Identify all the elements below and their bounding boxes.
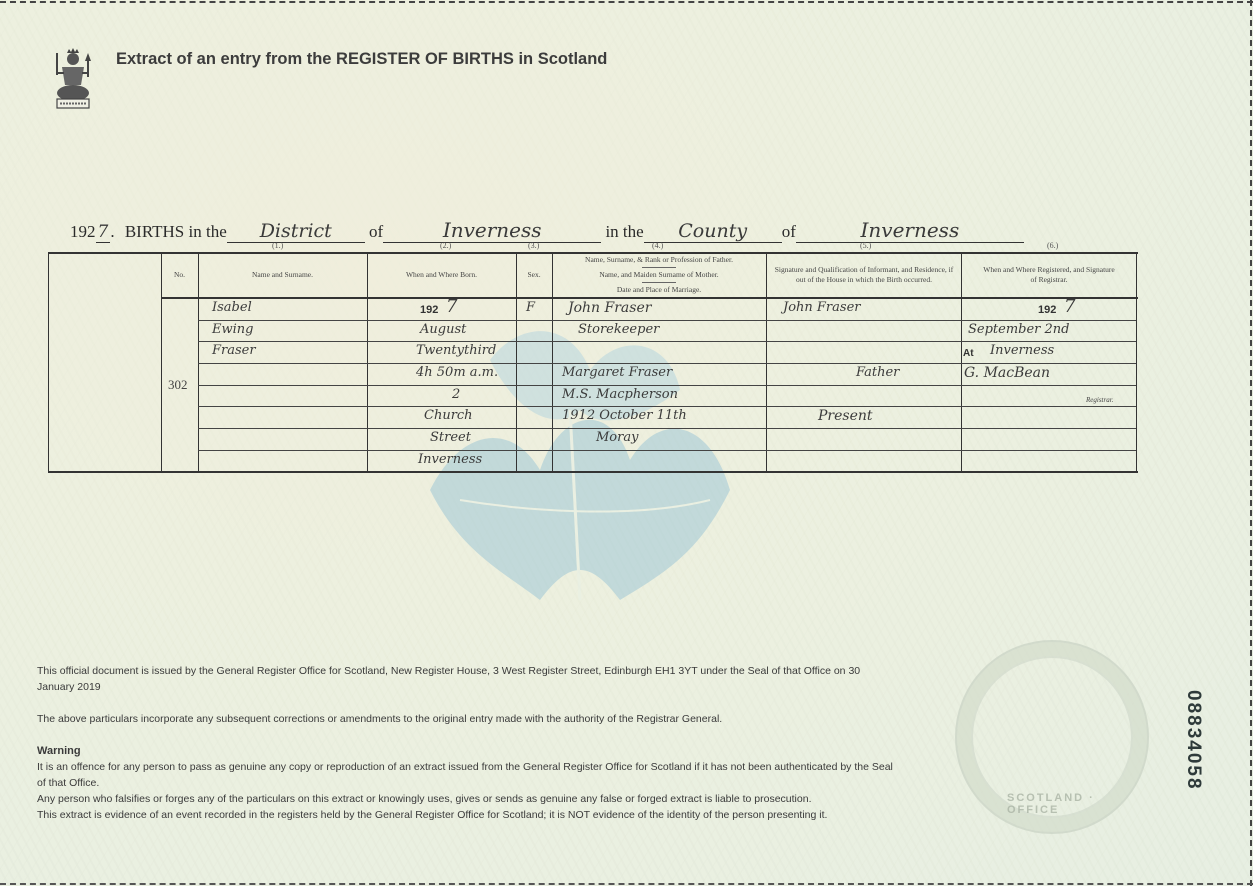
- informant-residence: Present: [818, 408, 873, 424]
- births-label: BIRTHS in the: [125, 222, 227, 241]
- informant-qualification: Father: [856, 365, 899, 380]
- births-heading: 1927. BIRTHS in theDistrict ofInverness …: [70, 218, 1024, 243]
- seal-text: SCOTLAND · OFFICE: [1007, 792, 1147, 816]
- marriage-date: 1912 October 11th: [562, 408, 687, 423]
- warning-identity: This extract is evidence of an event rec…: [37, 807, 957, 823]
- of-label-1: of: [369, 222, 383, 241]
- col-border-informant: [766, 252, 767, 472]
- registered-year-prefix: 192: [1038, 304, 1056, 316]
- marriage-place: Moray: [596, 430, 638, 445]
- column-number-1: (1.): [272, 241, 283, 250]
- royal-crest-icon: [52, 45, 94, 111]
- column-number-4: (4.): [652, 241, 663, 250]
- header-sex: Sex.: [516, 252, 552, 297]
- warning-forgery: Any person who falsifies or forges any o…: [37, 791, 957, 807]
- district-name: Inverness: [383, 218, 601, 243]
- embossed-seal-icon: SCOTLAND · OFFICE: [955, 640, 1149, 834]
- born-address-number: 2: [452, 387, 460, 402]
- mother-name: Margaret Fraser: [562, 365, 672, 380]
- born-day: Twentythird: [416, 343, 496, 358]
- header-when-where-born: When and Where Born.: [367, 252, 516, 297]
- col-border-left: [48, 252, 49, 472]
- row-line: [198, 428, 1136, 429]
- header-marriage: Date and Place of Marriage.: [617, 285, 701, 295]
- row-line: [198, 385, 1136, 386]
- row-line: [198, 341, 1136, 342]
- county-type: County: [644, 220, 782, 243]
- register-table: No. Name and Surname. When and Where Bor…: [48, 252, 1138, 472]
- col-border-registered: [961, 252, 962, 472]
- born-year-suffix: 7: [446, 296, 457, 317]
- header-mother: Name, and Maiden Surname of Mother.: [599, 270, 718, 280]
- header-no: No.: [161, 252, 198, 297]
- corrections-statement: The above particulars incorporate any su…: [37, 711, 897, 727]
- district-type: District: [227, 220, 365, 243]
- row-line: [198, 406, 1136, 407]
- header-parents: Name, Surname, & Rank or Profession of F…: [552, 252, 766, 297]
- column-number-5: (5.): [860, 241, 871, 250]
- issue-statement: This official document is issued by the …: [37, 663, 897, 695]
- at-label: At: [963, 348, 974, 359]
- col-border-right: [1136, 252, 1137, 472]
- perforation-top: [0, 1, 1253, 3]
- perforation-right: [1250, 0, 1252, 886]
- warning-title: Warning: [37, 743, 897, 759]
- born-address-line-1: Church: [424, 408, 473, 423]
- in-the-label: in the: [605, 222, 643, 241]
- column-number-2: (2.): [440, 241, 451, 250]
- header-divider: [161, 297, 1138, 299]
- born-address-town: Inverness: [418, 452, 482, 467]
- registrar-label: Registrar.: [1086, 396, 1113, 404]
- header-father: Name, Surname, & Rank or Profession of F…: [585, 255, 733, 265]
- table-bottom-border: [48, 471, 1138, 473]
- born-address-line-2: Street: [430, 430, 471, 445]
- child-sex: F: [526, 300, 535, 315]
- child-surname: Fraser: [212, 343, 256, 358]
- row-line: [198, 450, 1136, 451]
- year-suffix: 7: [96, 222, 111, 243]
- serial-number: 08834058: [1182, 690, 1204, 791]
- father-occupation: Storekeeper: [578, 322, 659, 337]
- child-forename: Isabel: [212, 300, 252, 315]
- header-registered: When and Where Registered, and Signature…: [966, 252, 1132, 297]
- column-number-3: (3.): [528, 241, 539, 250]
- of-label-2: of: [782, 222, 796, 241]
- header-name: Name and Surname.: [198, 252, 367, 297]
- born-time: 4h 50m a.m.: [416, 365, 498, 380]
- header-separator: [642, 267, 676, 268]
- mother-maiden-surname: M.S. Macpherson: [562, 387, 678, 402]
- column-number-6: (6.): [1047, 241, 1058, 250]
- registered-date: September 2nd: [968, 322, 1070, 337]
- row-line: [198, 320, 1136, 321]
- registrar-signature: G. MacBean: [964, 365, 1050, 381]
- county-name: Inverness: [796, 218, 1024, 243]
- document-title: Extract of an entry from the REGISTER OF…: [116, 50, 607, 69]
- registered-place: Inverness: [990, 343, 1054, 358]
- header-informant: Signature and Qualification of Informant…: [770, 252, 958, 297]
- row-line: [198, 363, 1136, 364]
- entry-number: 302: [168, 377, 188, 393]
- header-separator: [642, 282, 676, 283]
- warning-seal: It is an offence for any person to pass …: [37, 759, 897, 791]
- father-name: John Fraser: [568, 300, 651, 316]
- born-year-prefix: 192: [420, 304, 438, 316]
- child-middle-name: Ewing: [212, 322, 253, 337]
- informant-signature: John Fraser: [783, 300, 860, 315]
- perforation-bottom: [0, 883, 1253, 885]
- born-month: August: [420, 322, 466, 337]
- registered-year-suffix: 7: [1064, 296, 1075, 317]
- year-prefix: 192: [70, 222, 96, 241]
